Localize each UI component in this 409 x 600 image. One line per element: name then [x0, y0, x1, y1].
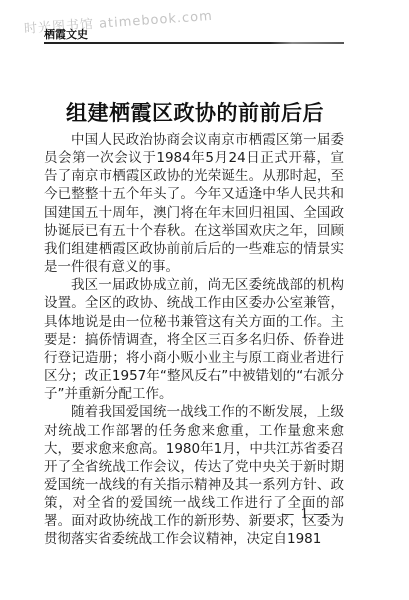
article-title: 组建栖霞区政协的前前后后 — [0, 97, 390, 127]
paragraph: 中国人民政治协商会议南京市栖霞区第一届委员会第一次会议于1984年5月24日正式… — [44, 131, 344, 276]
header-divider-fade — [270, 42, 344, 44]
paragraph: 我区一届政协成立前，尚无区委统战部的机构设置。全区的政协、统战工作由区委办公室兼… — [44, 276, 344, 403]
page-number: — 1 — — [270, 507, 340, 522]
article-body: 中国人民政治协商会议南京市栖霞区第一届委员会第一次会议于1984年5月24日正式… — [44, 131, 344, 549]
running-header-title: 栖霞文史 — [44, 26, 88, 42]
paragraph: 随着我国爱国统一战线工作的不断发展，上级对统战工作部署的任务愈来愈重，工作量愈来… — [44, 403, 344, 548]
